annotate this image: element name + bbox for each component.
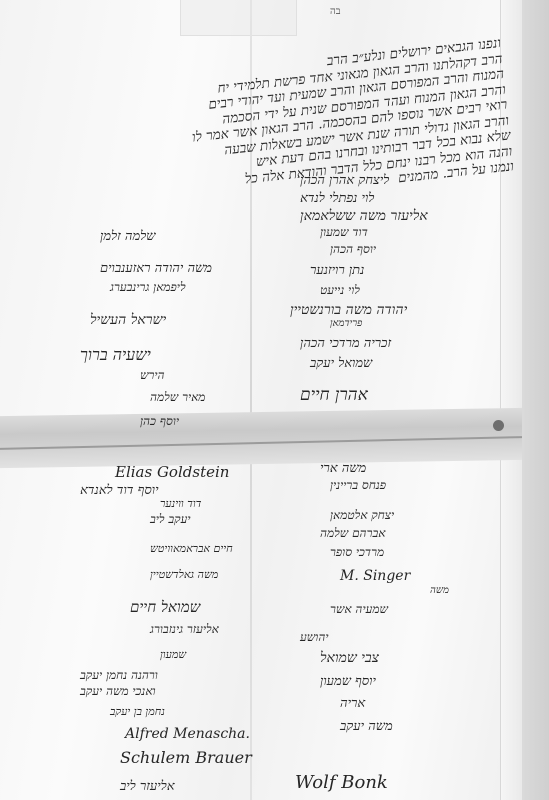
signature: יוסף דוד לאנדא xyxy=(80,482,159,498)
signature: ישעיה ברוך xyxy=(80,345,151,365)
signature: שמואל יעקב xyxy=(310,355,372,371)
signature: יוסף שמעון xyxy=(320,673,376,689)
signature: יוסף הכהן xyxy=(330,242,376,257)
signature: ליפמאן גרינבערג xyxy=(110,280,186,295)
signature: חיים אבראמאוויטש xyxy=(150,542,233,555)
scan-edge xyxy=(522,0,549,800)
signature: מאיר שלמה xyxy=(150,390,205,405)
signature: לוי נפתלי לנדא xyxy=(300,190,374,206)
signature: פנחס בריינין xyxy=(330,478,386,493)
signature: Wolf Bonk xyxy=(295,772,388,793)
signature: נחמן בן יעקב xyxy=(110,705,165,718)
signature: יוסף כהן xyxy=(140,414,179,429)
signature: אליעזר ליב xyxy=(120,778,175,794)
signature: ישראל העשיל xyxy=(90,312,166,329)
signature: ואנכי משה יעקב xyxy=(80,684,156,699)
signature: אליעזר גינזבורג xyxy=(150,622,219,637)
signature: אריה xyxy=(340,695,365,711)
signature: Alfred Menascha. xyxy=(125,726,250,742)
signature: משה גאלדשטיין xyxy=(150,568,218,581)
signature: צבי שמואל xyxy=(320,650,379,667)
signature: שלמה זלמן xyxy=(100,228,155,244)
signature: יצחק אלטמאן xyxy=(330,508,394,523)
signature: M. Singer xyxy=(340,568,410,584)
signature: הירש xyxy=(140,368,165,383)
signature: נתן רויזנער xyxy=(310,262,364,278)
signature: לוי נייעט xyxy=(320,283,360,298)
signature: ליצחק אהרן הכהן xyxy=(300,172,389,188)
signature: משה יהודה ראזענבוים xyxy=(100,260,212,276)
signature: דוד ווינער xyxy=(160,497,201,510)
signature: אליעזר משה ששלאמאן xyxy=(300,208,428,225)
signature: משה ארי xyxy=(320,460,366,476)
signature: שמעון xyxy=(160,648,186,661)
signature: יעקב ליב xyxy=(150,512,191,527)
signature: משה יעקב xyxy=(340,718,393,734)
signature: פרידמאן xyxy=(330,318,362,329)
signature: אברהם שלמה xyxy=(320,526,385,541)
signature: דוד שמעון xyxy=(320,225,368,240)
signature: ורהנה נחמן יעקב xyxy=(80,668,158,683)
signature: שמעיה אשר xyxy=(330,602,388,617)
signature: אהרן חיים xyxy=(300,385,368,405)
signature: זכריה מרדכי הכהן xyxy=(300,335,391,351)
signature: משה xyxy=(430,585,449,596)
signature: יהודה משה בורנשטיין xyxy=(290,302,407,319)
signature: יהושע xyxy=(300,630,329,645)
signature: שמואל חיים xyxy=(130,598,200,617)
signature: Elias Goldstein xyxy=(115,463,229,481)
page-number: בה xyxy=(330,6,341,17)
signature: מרדכי סופר xyxy=(330,545,384,560)
ink-stain xyxy=(493,420,504,431)
tape-patch xyxy=(180,0,297,36)
signature: Schulem Brauer xyxy=(120,748,252,767)
